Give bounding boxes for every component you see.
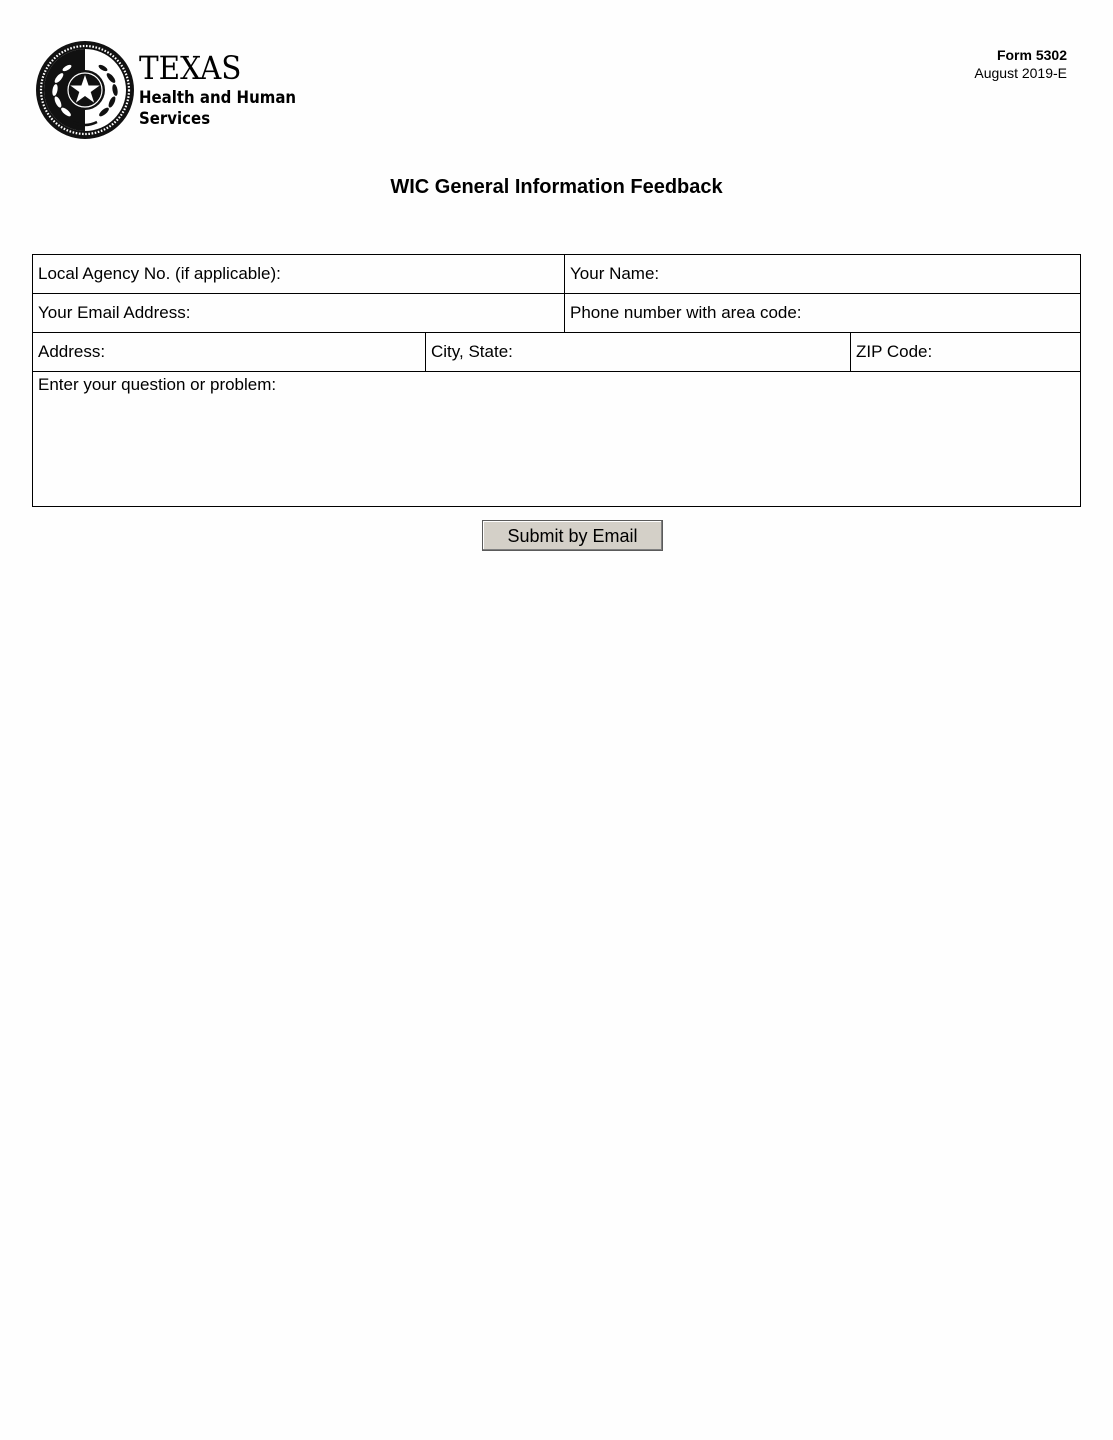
page-title: WIC General Information Feedback (0, 176, 1113, 199)
email-field[interactable]: Your Email Address: (33, 294, 565, 332)
submit-by-email-button[interactable]: Submit by Email (482, 520, 663, 551)
address-field[interactable]: Address: (33, 333, 426, 371)
address-label: Address: (38, 342, 105, 361)
city-state-label: City, State: (431, 342, 513, 361)
texas-seal-icon (35, 40, 135, 140)
form-date: August 2019-E (974, 64, 1067, 82)
logo-subtitle-line2: Services (139, 109, 296, 130)
form-row-3: Address: City, State: ZIP Code: (33, 333, 1081, 372)
logo-title: TEXAS (139, 52, 303, 84)
city-state-field[interactable]: City, State: (426, 333, 851, 371)
form-identifier: Form 5302 August 2019-E (974, 46, 1067, 82)
zip-label: ZIP Code: (856, 342, 932, 361)
form-row-1: Local Agency No. (if applicable): Your N… (33, 255, 1081, 294)
question-label: Enter your question or problem: (38, 375, 276, 394)
local-agency-label: Local Agency No. (if applicable): (38, 264, 281, 283)
zip-field[interactable]: ZIP Code: (851, 333, 1081, 371)
your-name-label: Your Name: (570, 264, 659, 283)
hhs-logo: TEXAS Health and Human Services (35, 40, 295, 140)
logo-subtitle-line1: Health and Human (139, 88, 296, 109)
phone-label: Phone number with area code: (570, 303, 802, 322)
form-number: Form 5302 (974, 46, 1067, 64)
form-row-4: Enter your question or problem: (33, 372, 1081, 507)
local-agency-field[interactable]: Local Agency No. (if applicable): (33, 255, 565, 293)
email-label: Your Email Address: (38, 303, 190, 322)
question-field[interactable]: Enter your question or problem: (33, 372, 1081, 506)
phone-field[interactable]: Phone number with area code: (565, 294, 1081, 332)
your-name-field[interactable]: Your Name: (565, 255, 1081, 293)
form-row-2: Your Email Address: Phone number with ar… (33, 294, 1081, 333)
feedback-form: Local Agency No. (if applicable): Your N… (32, 254, 1081, 507)
